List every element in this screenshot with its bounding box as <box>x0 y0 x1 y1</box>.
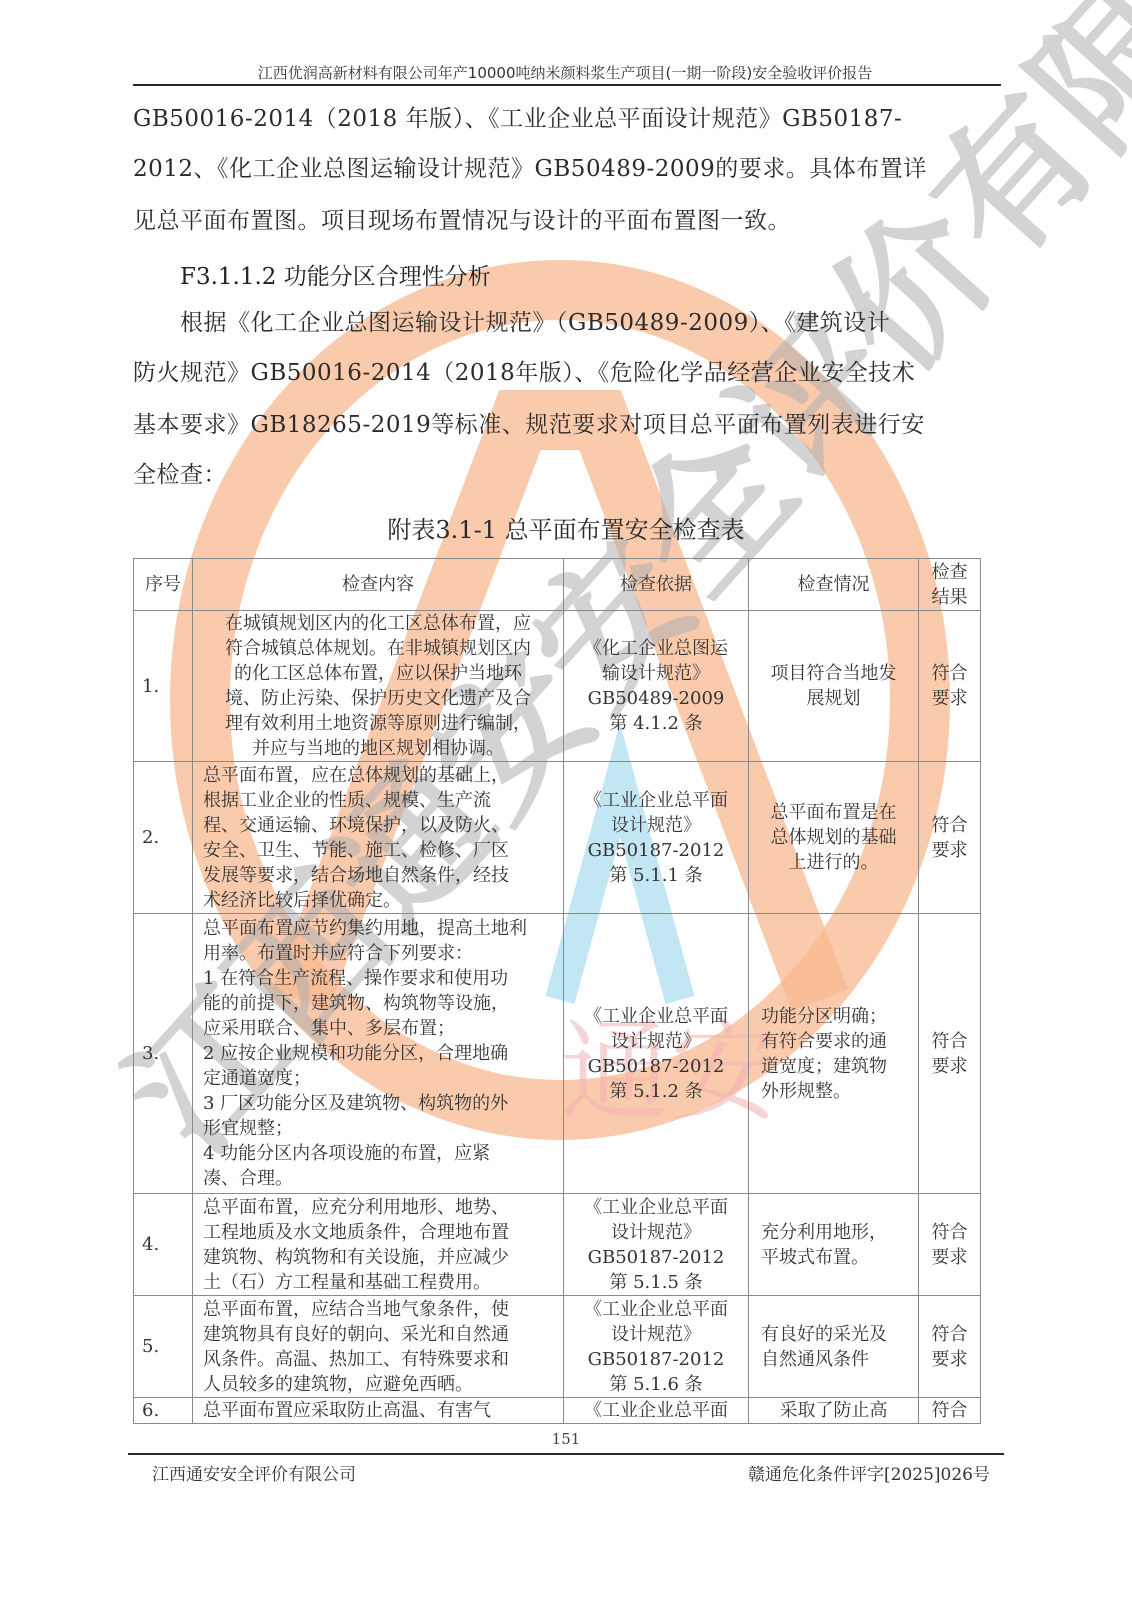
row-result: 符合 要求 <box>919 611 981 762</box>
row-content: 总平面布置，应在总体规划的基础上， 根据工业企业的性质、规模、生产流 程、交通运… <box>193 762 564 914</box>
row-basis: 《工业企业总平面 设计规范》 GB50187-2012 第 5.1.6 条 <box>564 1296 749 1398</box>
intro-line: 2012、《化工企业总图运输设计规范》GB50489-2009的要求。具体布置详 <box>133 154 927 184</box>
row-result: 符合 <box>919 1398 981 1424</box>
row-seq: 4. <box>134 1194 193 1296</box>
table-header-row: 序号 检查内容 检查依据 检查情况 检查 结果 <box>134 559 981 611</box>
table-row: 2. 总平面布置，应在总体规划的基础上， 根据工业企业的性质、规模、生产流 程、… <box>134 762 981 914</box>
header-seq: 序号 <box>134 559 193 611</box>
row-basis: 《工业企业总平面 设计规范》 GB50187-2012 第 5.1.2 条 <box>564 914 749 1194</box>
row-content: 总平面布置，应结合当地气象条件，使 建筑物具有良好的朝向、采光和自然通 风条件。… <box>193 1296 564 1398</box>
table-caption: 附表3.1-1 总平面布置安全检查表 <box>0 510 1132 545</box>
row-basis: 《化工企业总图运 输设计规范》 GB50489-2009 第 4.1.2 条 <box>564 611 749 762</box>
row-basis: 《工业企业总平面 设计规范》 GB50187-2012 第 5.1.1 条 <box>564 762 749 914</box>
section-paragraph-line: 防火规范》GB50016-2014（2018年版）、《危险化学品经营企业安全技术 <box>133 358 915 388</box>
section-paragraph-line: 全检查： <box>133 460 227 490</box>
intro-line: 见总平面布置图。项目现场布置情况与设计的平面布置图一致。 <box>133 206 791 236</box>
section-paragraph-line: 根据《化工企业总图运输设计规范》（GB50489-2009）、《建筑设计 <box>133 308 890 338</box>
row-content: 总平面布置应节约集约用地，提高土地利 用率。布置时并应符合下列要求： 1 在符合… <box>193 914 564 1194</box>
row-result: 符合 要求 <box>919 914 981 1194</box>
row-status: 有良好的采光及 自然通风条件 <box>749 1296 919 1398</box>
footer-divider <box>128 1453 1004 1455</box>
page-number: 151 <box>0 1430 1132 1448</box>
table-row: 3. 总平面布置应节约集约用地，提高土地利 用率。布置时并应符合下列要求： 1 … <box>134 914 981 1194</box>
row-basis: 《工业企业总平面 <box>564 1398 749 1424</box>
section-heading: F3.1.1.2 功能分区合理性分析 <box>180 258 491 291</box>
row-seq: 2. <box>134 762 193 914</box>
row-status: 项目符合当地发 展规划 <box>749 611 919 762</box>
row-seq: 5. <box>134 1296 193 1398</box>
row-result: 符合 要求 <box>919 1194 981 1296</box>
header-status: 检查情况 <box>749 559 919 611</box>
header-divider <box>133 84 1001 86</box>
row-content: 总平面布置，应充分利用地形、地势、 工程地质及水文地质条件，合理地布置 建筑物、… <box>193 1194 564 1296</box>
footer-doc-number: 赣通危化条件评字[2025]026号 <box>748 1460 990 1485</box>
intro-line: GB50016-2014（2018 年版）、《工业企业总平面设计规范》GB501… <box>133 104 902 134</box>
row-content: 总平面布置应采取防止高温、有害气 <box>193 1398 564 1424</box>
footer-company: 江西通安安全评价有限公司 <box>152 1460 356 1485</box>
table-row: 6. 总平面布置应采取防止高温、有害气 《工业企业总平面 采取了防止高 符合 <box>134 1398 981 1424</box>
row-seq: 1. <box>134 611 193 762</box>
table-row: 4. 总平面布置，应充分利用地形、地势、 工程地质及水文地质条件，合理地布置 建… <box>134 1194 981 1296</box>
document-page: 通安 江西通安安全评价有限公司 江西优润高新材料有限公司年产10000吨纳米颜料… <box>0 0 1132 1600</box>
row-seq: 3. <box>134 914 193 1194</box>
safety-check-table: 序号 检查内容 检查依据 检查情况 检查 结果 1. 在城镇规划区内的化工区总体… <box>133 558 981 1424</box>
header-result: 检查 结果 <box>919 559 981 611</box>
row-basis: 《工业企业总平面 设计规范》 GB50187-2012 第 5.1.5 条 <box>564 1194 749 1296</box>
header-basis: 检查依据 <box>564 559 749 611</box>
table-row: 5. 总平面布置，应结合当地气象条件，使 建筑物具有良好的朝向、采光和自然通 风… <box>134 1296 981 1398</box>
row-status: 采取了防止高 <box>749 1398 919 1424</box>
row-result: 符合 要求 <box>919 762 981 914</box>
report-header-title: 江西优润高新材料有限公司年产10000吨纳米颜料浆生产项目(一期一阶段)安全验收… <box>140 62 990 83</box>
row-status: 功能分区明确； 有符合要求的通 道宽度；建筑物 外形规整。 <box>749 914 919 1194</box>
section-paragraph-line: 基本要求》GB18265-2019等标准、规范要求对项目总平面布置列表进行安 <box>133 410 925 440</box>
header-content: 检查内容 <box>193 559 564 611</box>
row-seq: 6. <box>134 1398 193 1424</box>
row-result: 符合 要求 <box>919 1296 981 1398</box>
table-row: 1. 在城镇规划区内的化工区总体布置，应 符合城镇总体规划。在非城镇规划区内 的… <box>134 611 981 762</box>
row-status: 总平面布置是在 总体规划的基础 上进行的。 <box>749 762 919 914</box>
row-status: 充分利用地形， 平坡式布置。 <box>749 1194 919 1296</box>
row-content: 在城镇规划区内的化工区总体布置，应 符合城镇总体规划。在非城镇规划区内 的化工区… <box>193 611 564 762</box>
